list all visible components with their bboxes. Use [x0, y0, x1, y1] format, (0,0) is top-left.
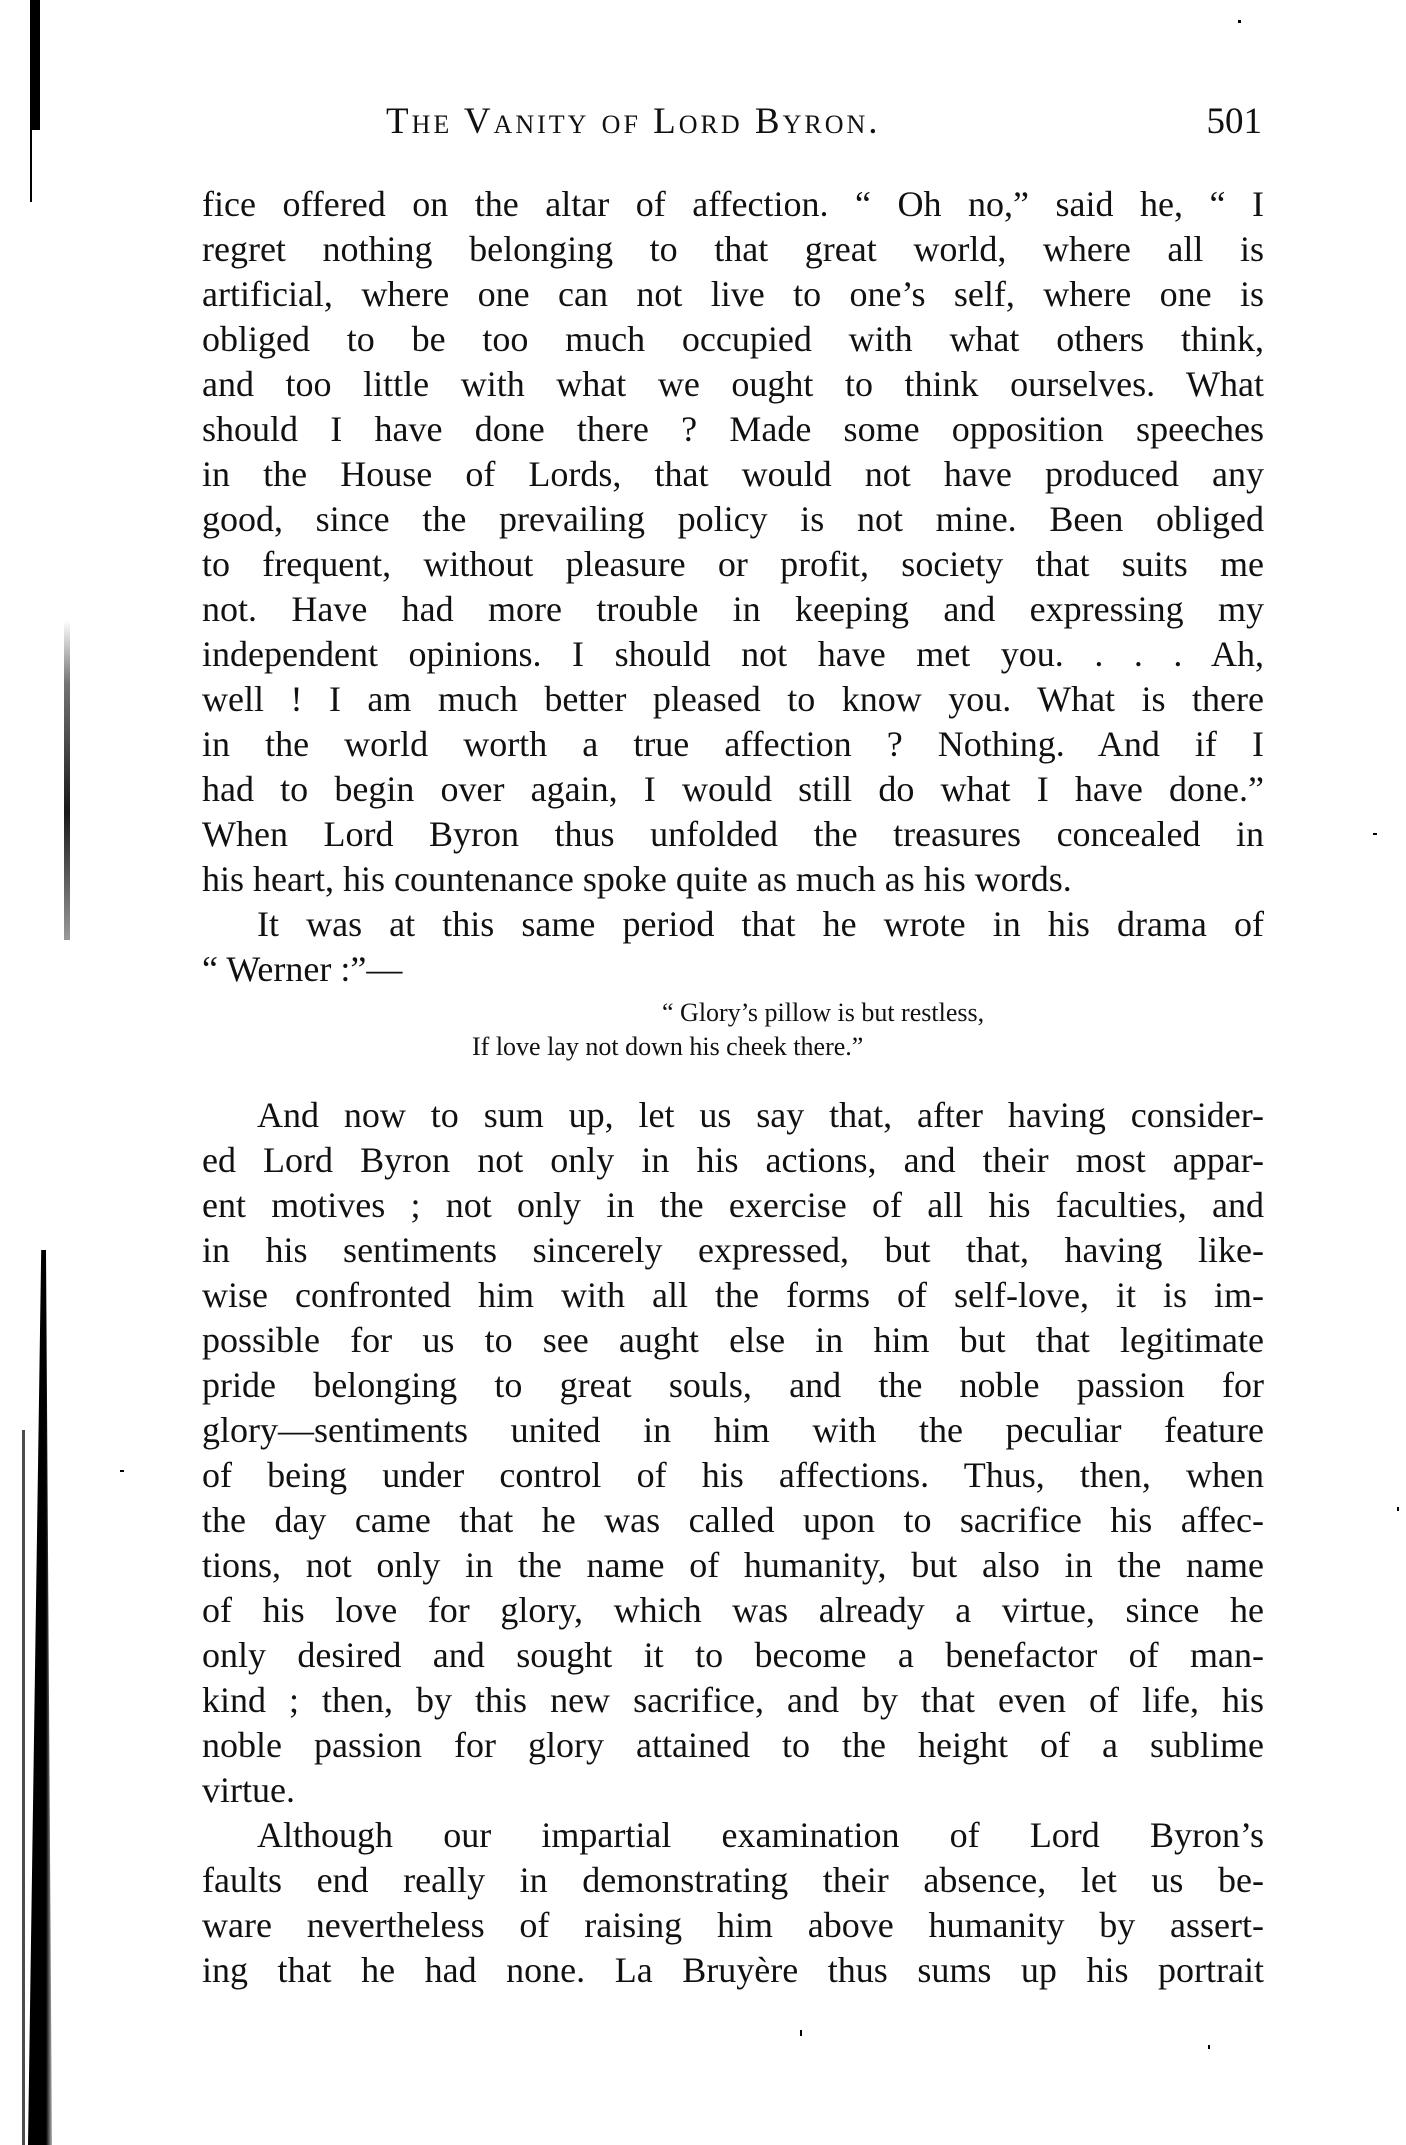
- text-line: glory—sentiments united in him with the …: [202, 1408, 1264, 1453]
- running-title: The Vanity of Lord Byron.: [386, 100, 881, 143]
- book-page: The Vanity of Lord Byron. 501 fice offer…: [0, 0, 1406, 2145]
- text-line: regret nothing belonging to that great w…: [202, 227, 1264, 272]
- text-line: and too little with what we ought to thi…: [202, 362, 1264, 407]
- paragraph-1: fice offered on the altar of affection. …: [202, 182, 1264, 902]
- text-line: the day came that he was called upon to …: [202, 1498, 1264, 1543]
- text-line: good, since the prevailing policy is not…: [202, 497, 1264, 542]
- binding-shadow-bottom: [28, 1250, 52, 2145]
- text-line: tions, not only in the name of humanity,…: [202, 1543, 1264, 1588]
- text-line: to frequent, without pleasure or profit,…: [202, 542, 1264, 587]
- text-line: pride belonging to great souls, and the …: [202, 1363, 1264, 1408]
- text-line: of his love for glory, which was already…: [202, 1588, 1264, 1633]
- text-line: only desired and sought it to become a b…: [202, 1633, 1264, 1678]
- scan-speck: [800, 2030, 802, 2036]
- verse-line: “ Glory’s pillow is but restless,: [202, 996, 1264, 1030]
- text-line: ed Lord Byron not only in his actions, a…: [202, 1138, 1264, 1183]
- text-line: of being under control of his affections…: [202, 1453, 1264, 1498]
- text-line: faults end really in demonstrating their…: [202, 1858, 1264, 1903]
- text-line: should I have done there ? Made some opp…: [202, 407, 1264, 452]
- scan-speck: [1373, 833, 1377, 835]
- text-line: artificial, where one can not live to on…: [202, 272, 1264, 317]
- text-line: Although our impartial examination of Lo…: [202, 1813, 1264, 1858]
- text-line: And now to sum up, let us say that, afte…: [202, 1093, 1264, 1138]
- text-line: in the House of Lords, that would not ha…: [202, 452, 1264, 497]
- binding-shadow-top: [30, 0, 40, 130]
- text-line: obliged to be too much occupied with wha…: [202, 317, 1264, 362]
- running-header: The Vanity of Lord Byron. 501: [200, 100, 1262, 150]
- paragraph-3: And now to sum up, let us say that, afte…: [202, 1093, 1264, 1813]
- text-line: independent opinions. I should not have …: [202, 632, 1264, 677]
- text-line: well ! I am much better pleased to know …: [202, 677, 1264, 722]
- text-line: not. Have had more trouble in keeping an…: [202, 587, 1264, 632]
- verse-quotation: “ Glory’s pillow is but restless, If lov…: [202, 996, 1264, 1064]
- text-line: in the world worth a true affection ? No…: [202, 722, 1264, 767]
- text-line: fice offered on the altar of affection. …: [202, 182, 1264, 227]
- text-line: virtue.: [202, 1768, 1264, 1813]
- binding-shadow-mid: [64, 620, 70, 940]
- text-line: ent motives ; not only in the exercise o…: [202, 1183, 1264, 1228]
- text-line: kind ; then, by this new sacrifice, and …: [202, 1678, 1264, 1723]
- text-line: possible for us to see aught else in him…: [202, 1318, 1264, 1363]
- text-block-upper: fice offered on the altar of affection. …: [202, 182, 1264, 992]
- scan-speck: [1208, 2045, 1210, 2049]
- paragraph-4: Although our impartial examination of Lo…: [202, 1813, 1264, 1993]
- paragraph-2: It was at this same period that he wrote…: [202, 902, 1264, 992]
- page-number: 501: [1207, 100, 1263, 143]
- text-line: noble passion for glory attained to the …: [202, 1723, 1264, 1768]
- scan-speck: [1238, 20, 1241, 23]
- text-line: in his sentiments sincerely expressed, b…: [202, 1228, 1264, 1273]
- text-line: “ Werner :”—: [202, 947, 1264, 992]
- text-line: his heart, his countenance spoke quite a…: [202, 857, 1264, 902]
- text-block-lower: And now to sum up, let us say that, afte…: [202, 1093, 1264, 1993]
- binding-shadow-edge: [22, 1430, 25, 2145]
- text-line: ware nevertheless of raising him above h…: [202, 1903, 1264, 1948]
- text-line: It was at this same period that he wrote…: [202, 902, 1264, 947]
- scan-speck: [1397, 1507, 1399, 1511]
- text-line: had to begin over again, I would still d…: [202, 767, 1264, 812]
- text-line: ing that he had none. La Bruyère thus su…: [202, 1948, 1264, 1993]
- text-line: wise confronted him with all the forms o…: [202, 1273, 1264, 1318]
- scan-speck: [120, 1470, 124, 1472]
- text-line: When Lord Byron thus unfolded the treasu…: [202, 812, 1264, 857]
- verse-line: If love lay not down his cheek there.”: [202, 1030, 1264, 1064]
- binding-shadow-top-thin: [30, 130, 32, 202]
